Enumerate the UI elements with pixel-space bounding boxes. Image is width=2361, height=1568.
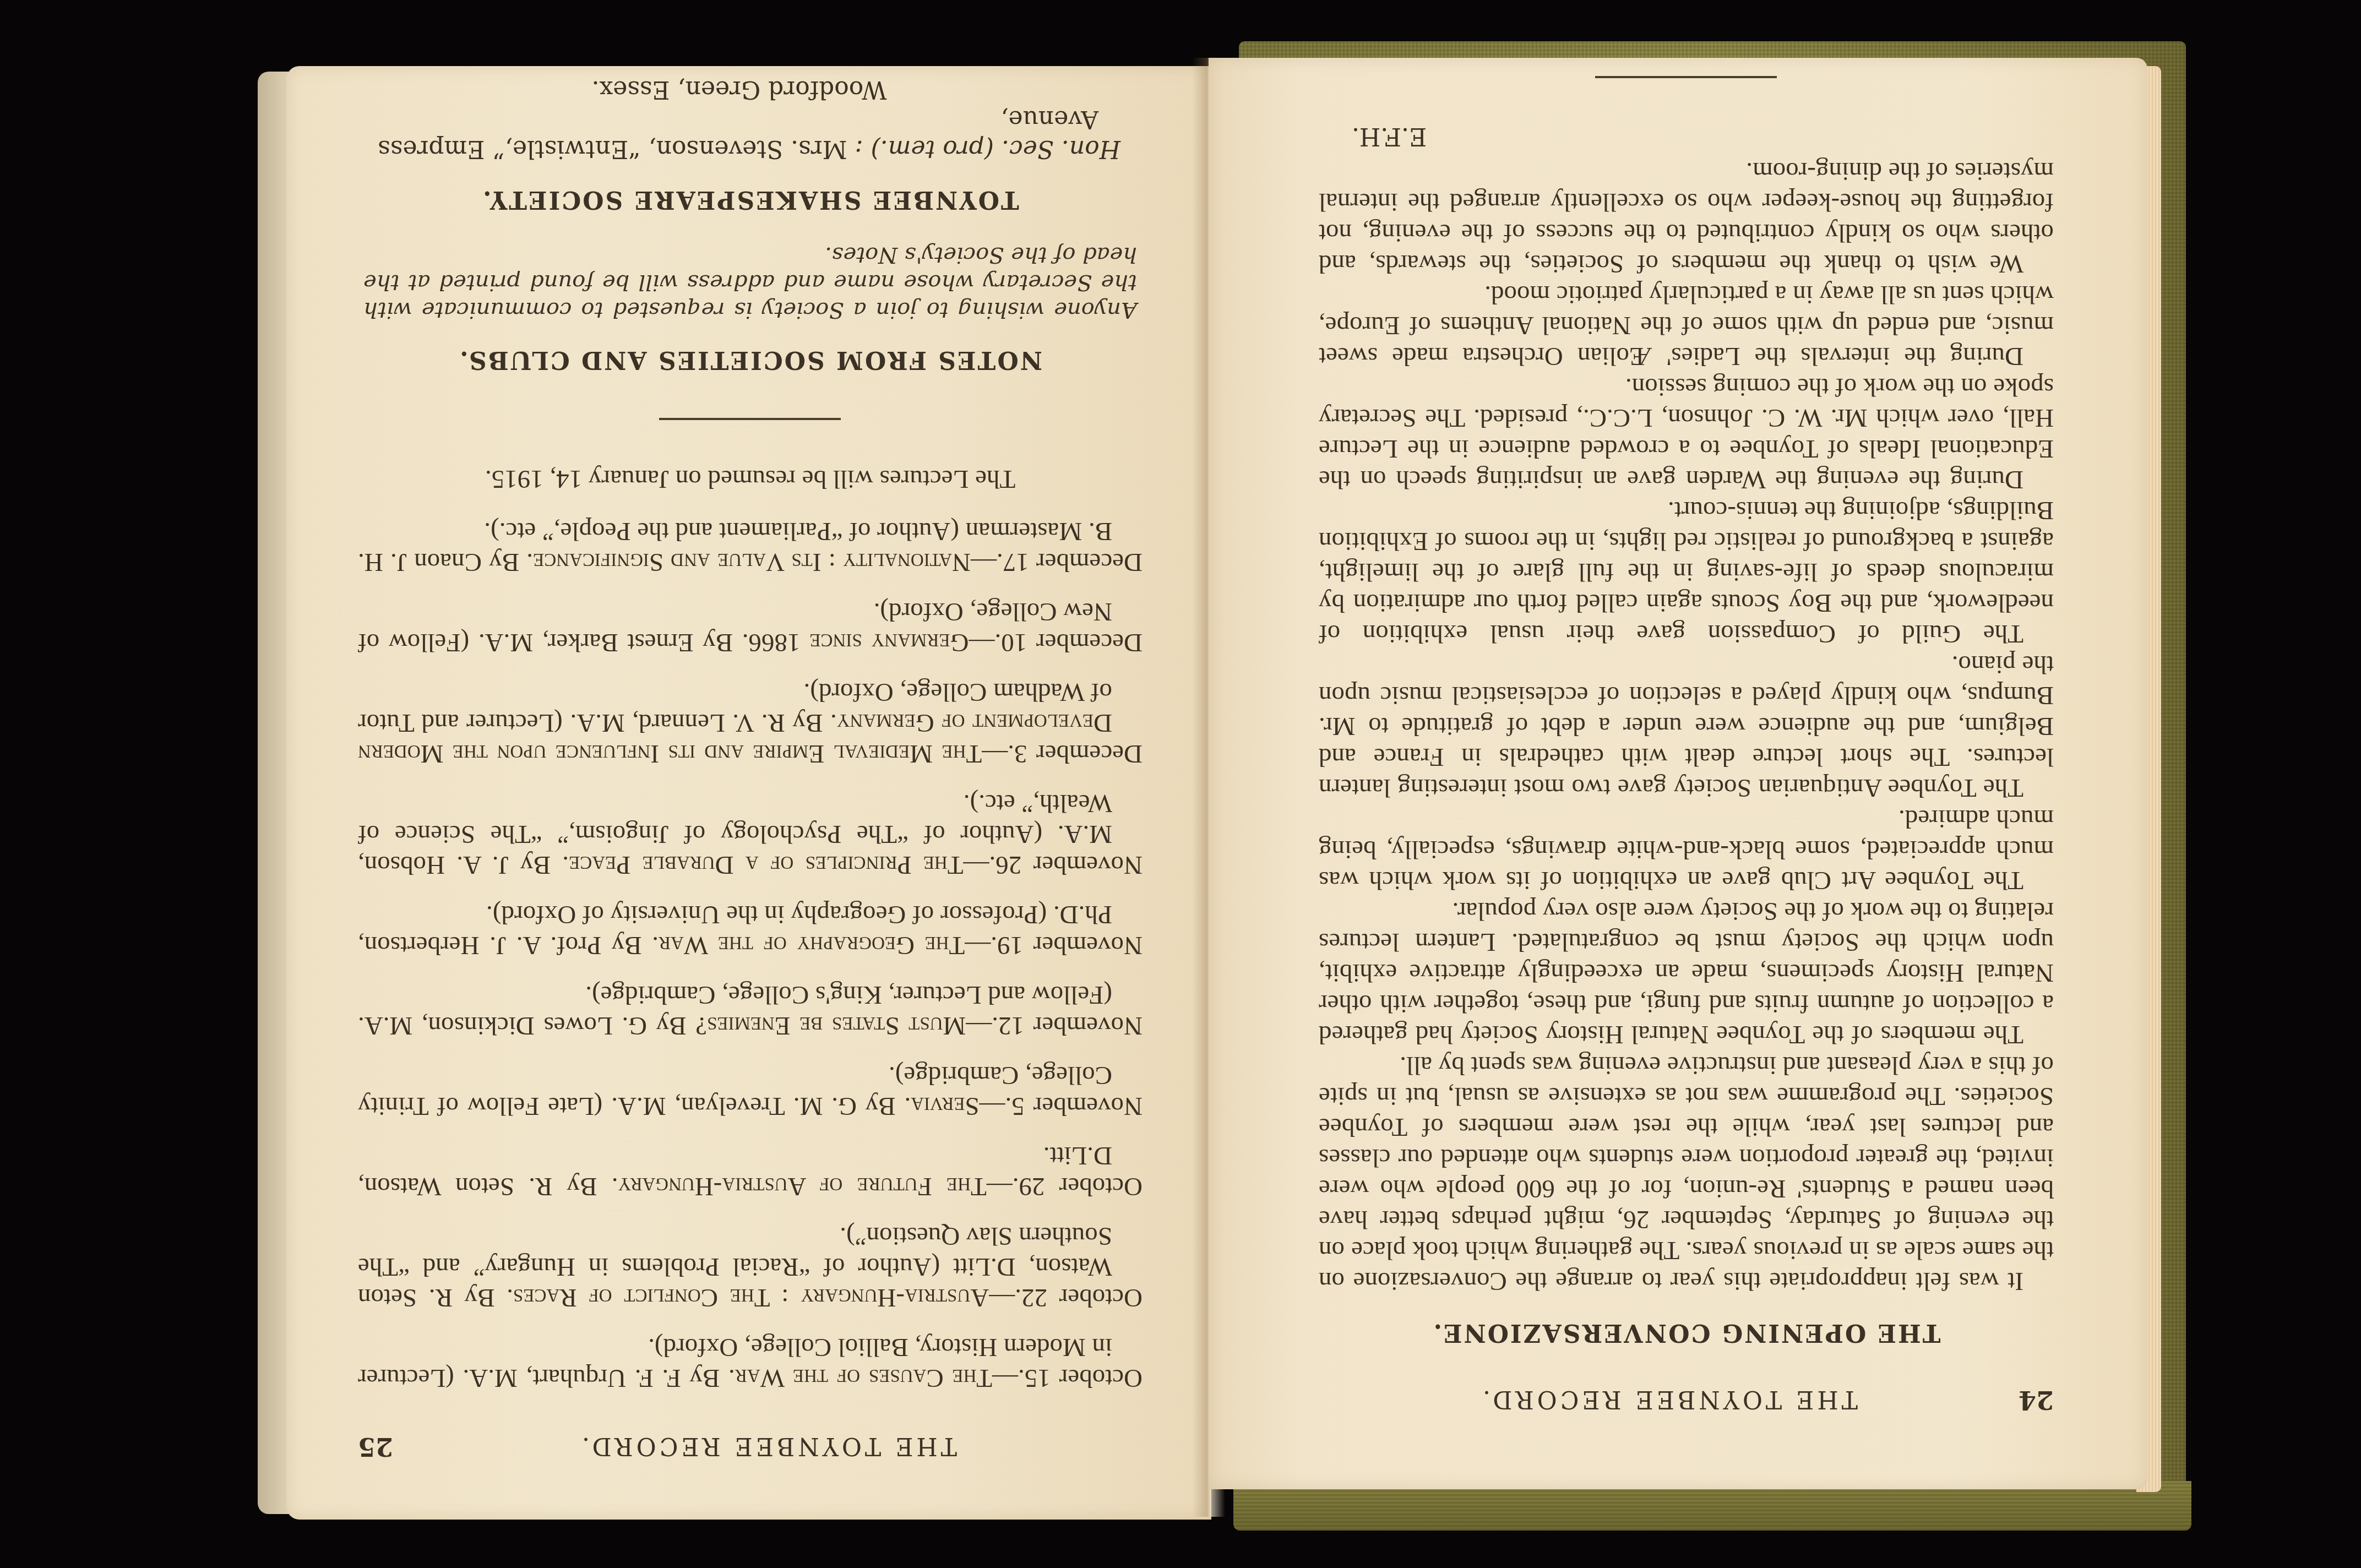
page-24: 24 THE TOYNBEE RECORD. THE OPENING CONVE…	[1209, 58, 2147, 1489]
body-paragraph: The members of the Toynbee Natural Histo…	[1319, 896, 2054, 1050]
lecture-entry: October 29.—The Future of Austria-Hungar…	[358, 1140, 1143, 1202]
join-society-note: Anyone wishing to join a Society is requ…	[363, 241, 1137, 324]
lecture-entry: November 12.—Must States be Enemies? By …	[358, 979, 1143, 1041]
body-paragraph: During the intervals the Ladies' Æolian …	[1319, 279, 2054, 372]
section-divider	[660, 418, 841, 420]
hon-sec-address: Woodford Green, Essex.	[358, 74, 1098, 104]
lecture-entry: October 22.—Austria-Hungary : The Confli…	[358, 1221, 1143, 1313]
lecture-entry: November 19.—The Geography of the War. B…	[358, 899, 1143, 961]
running-head: THE TOYNBEE RECORD. 25	[358, 1432, 1143, 1462]
lecture-list: October 15.—The Causes of the War. By F.…	[358, 516, 1143, 1393]
society-title: TOYNBEE SHAKESPEARE SOCIETY.	[358, 186, 1143, 214]
body-paragraph: It was felt inappropriate this year to a…	[1319, 1050, 2054, 1297]
page-number: 25	[358, 1432, 393, 1462]
running-head: 24 THE TOYNBEE RECORD.	[1319, 1385, 2054, 1415]
lecture-entry: November 26.—The Principles of a Durable…	[358, 788, 1143, 880]
lectures-resume-note: The Lectures will be resumed on January …	[358, 464, 1143, 494]
page-25-content: THE TOYNBEE RECORD. 25 October 15.—The C…	[286, 66, 1211, 1520]
author-initials: E.F.H.	[1352, 122, 2054, 150]
hon-sec-label: Hon. Sec. (pro tem.) :	[855, 135, 1120, 163]
body-paragraph: We wish to thank the members of Societie…	[1319, 156, 2054, 279]
body-paragraph: The Guild of Compassion gave their usual…	[1319, 495, 2054, 649]
body-paragraph: During the evening the Warden gave an in…	[1319, 372, 2054, 495]
hon-sec-contact: Hon. Sec. (pro tem.) : Mrs. Stevenson, “…	[358, 74, 1143, 164]
running-head-title: THE TOYNBEE RECORD.	[1319, 1385, 2019, 1413]
lecture-entry: December 10.—Germany since 1866. By Erne…	[358, 596, 1143, 658]
body-paragraph: The Toynbee Antiquarian Society gave two…	[1319, 649, 2054, 803]
section-title-notes: NOTES FROM SOCIETIES AND CLUBS.	[358, 346, 1143, 374]
section-divider	[1596, 76, 1777, 78]
lecture-entry: December 17.—Nationality : Its Value and…	[358, 516, 1143, 578]
page-24-content: 24 THE TOYNBEE RECORD. THE OPENING CONVE…	[1209, 58, 2147, 1489]
running-head-title: THE TOYNBEE RECORD.	[393, 1432, 1143, 1460]
photo-stage: THE TOYNBEE RECORD. 25 October 15.—The C…	[0, 0, 2361, 1568]
lecture-entry: November 5.—Servia. By G. M. Trevelyan, …	[358, 1060, 1143, 1121]
lecture-entry: December 3.—The Medieval Empire and its …	[358, 677, 1143, 769]
page-number: 24	[2019, 1385, 2054, 1415]
page-25: THE TOYNBEE RECORD. 25 October 15.—The C…	[286, 66, 1211, 1520]
section-title-conversazione: THE OPENING CONVERSAZIONE.	[1319, 1319, 2054, 1347]
lecture-entry: October 15.—The Causes of the War. By F.…	[358, 1332, 1143, 1393]
body-paragraph: The Toynbee Art Club gave an exhibition …	[1319, 803, 2054, 896]
